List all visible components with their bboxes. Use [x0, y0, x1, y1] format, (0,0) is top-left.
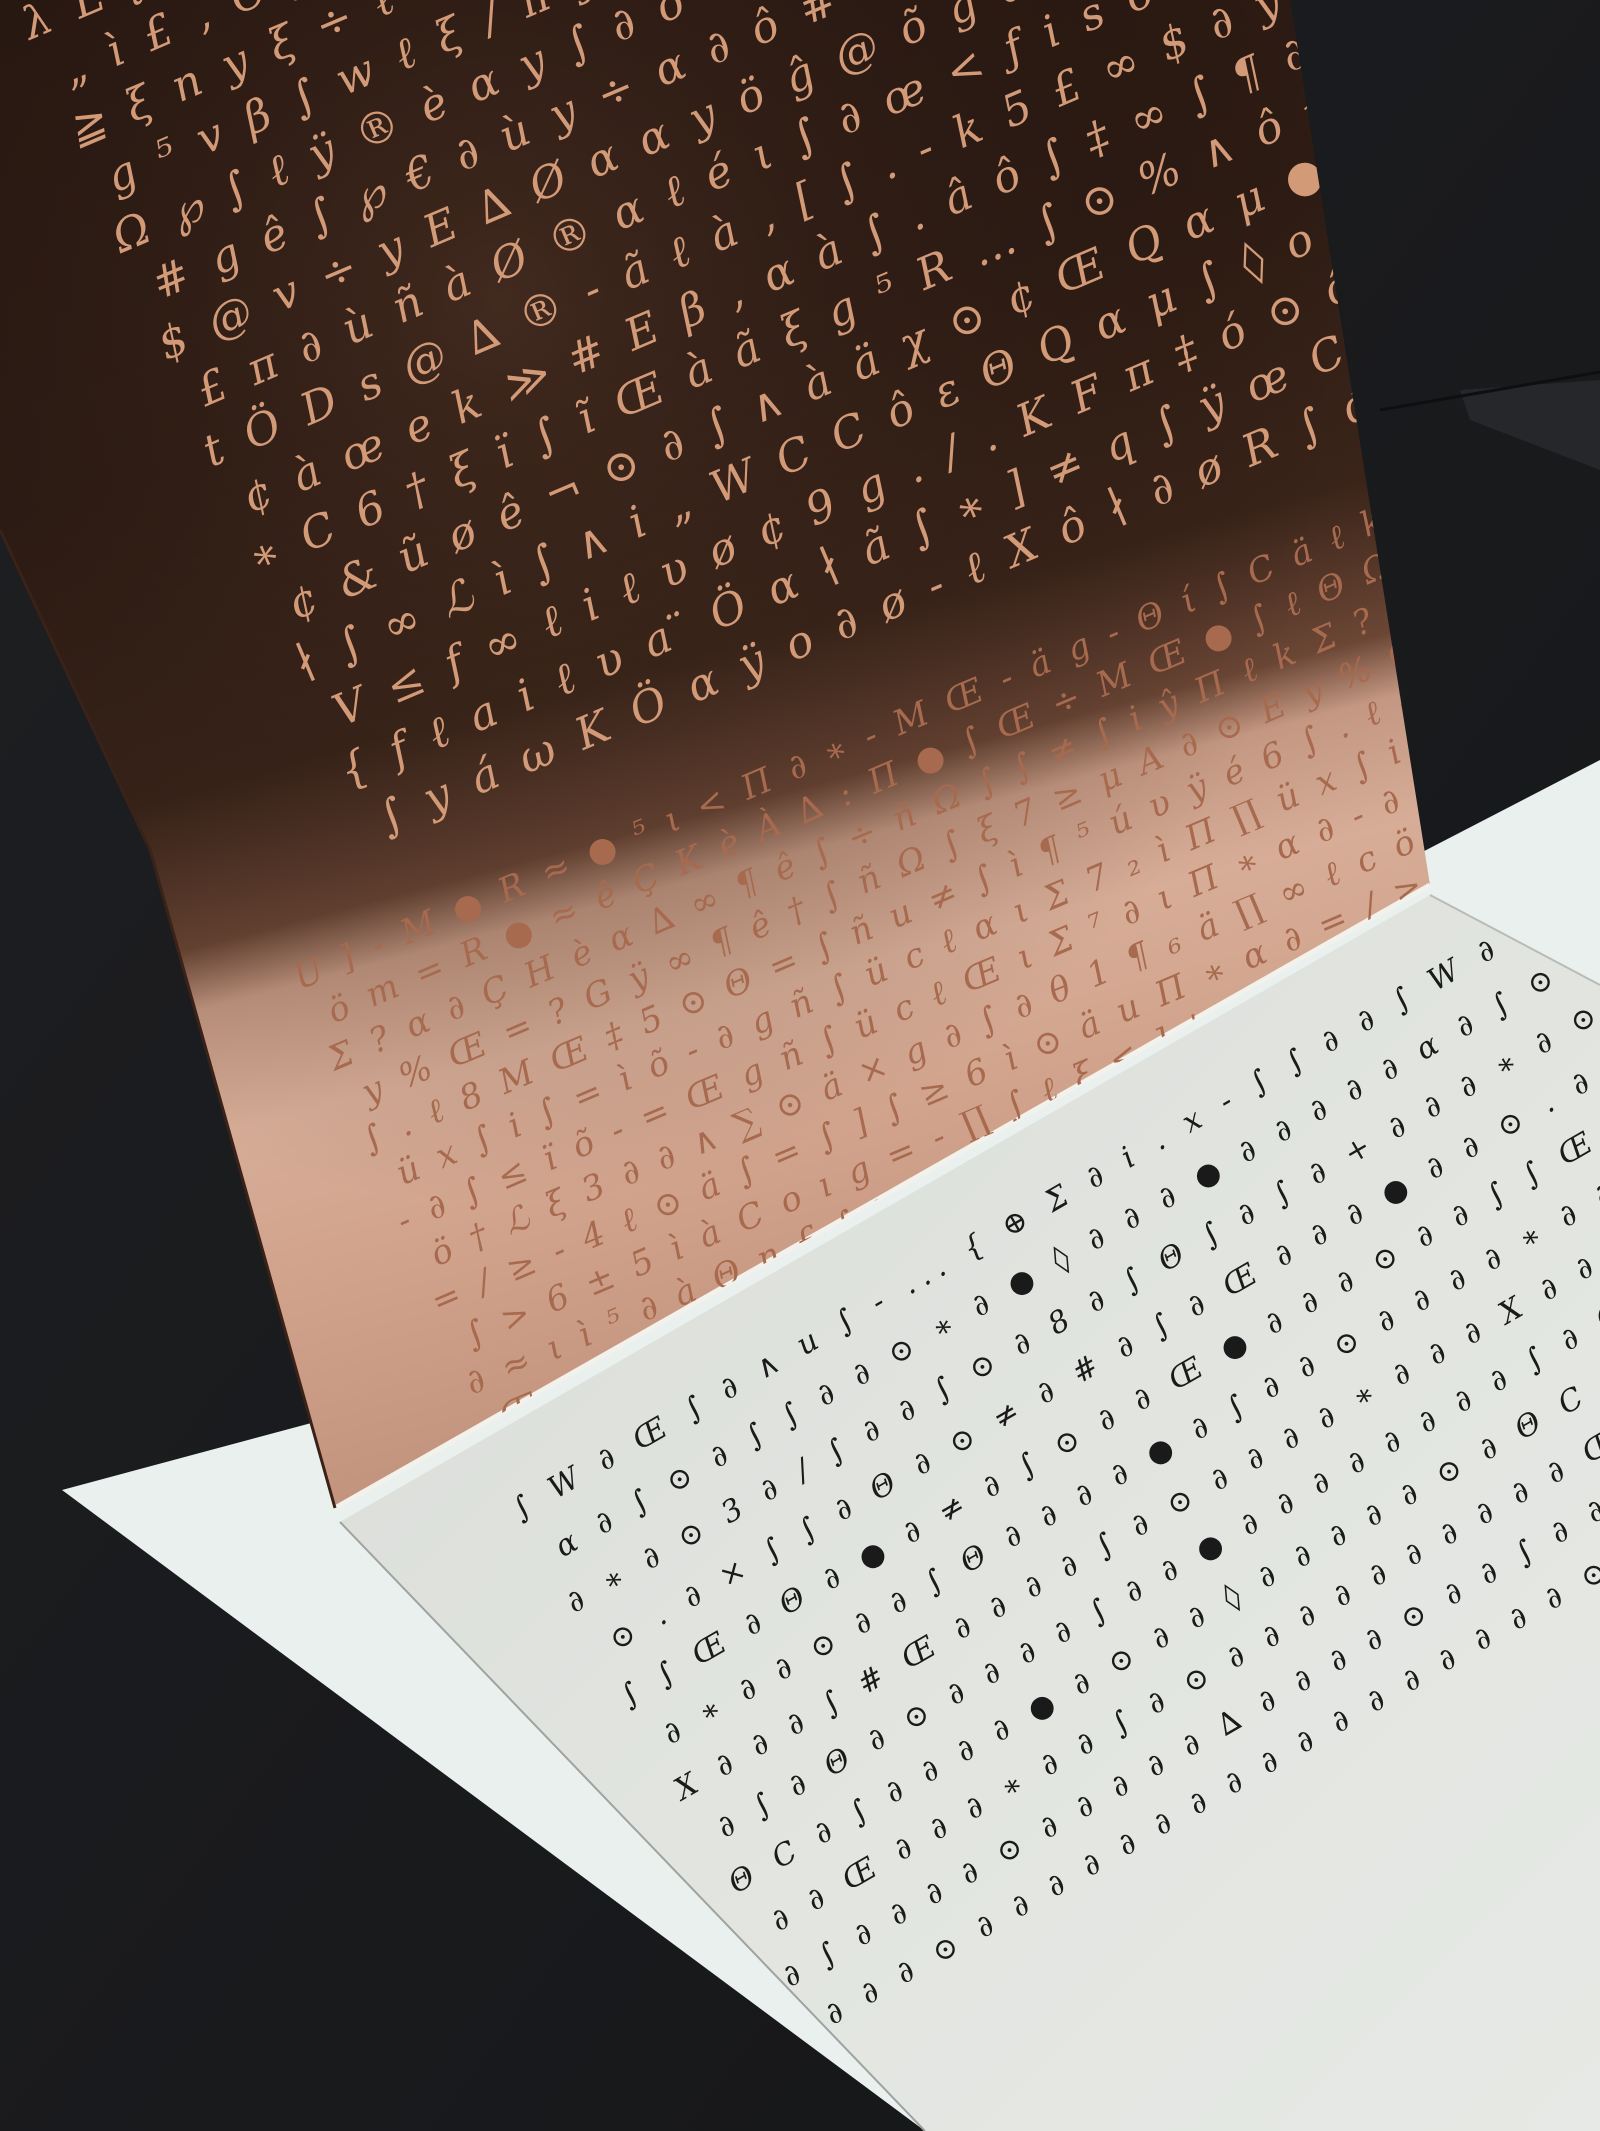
photo-scene: ∫ W ∂ Œ ∫ ∂ ∧ u ∫ - ... { ⊕ Σ ∂ i . x - …	[0, 0, 1600, 2131]
